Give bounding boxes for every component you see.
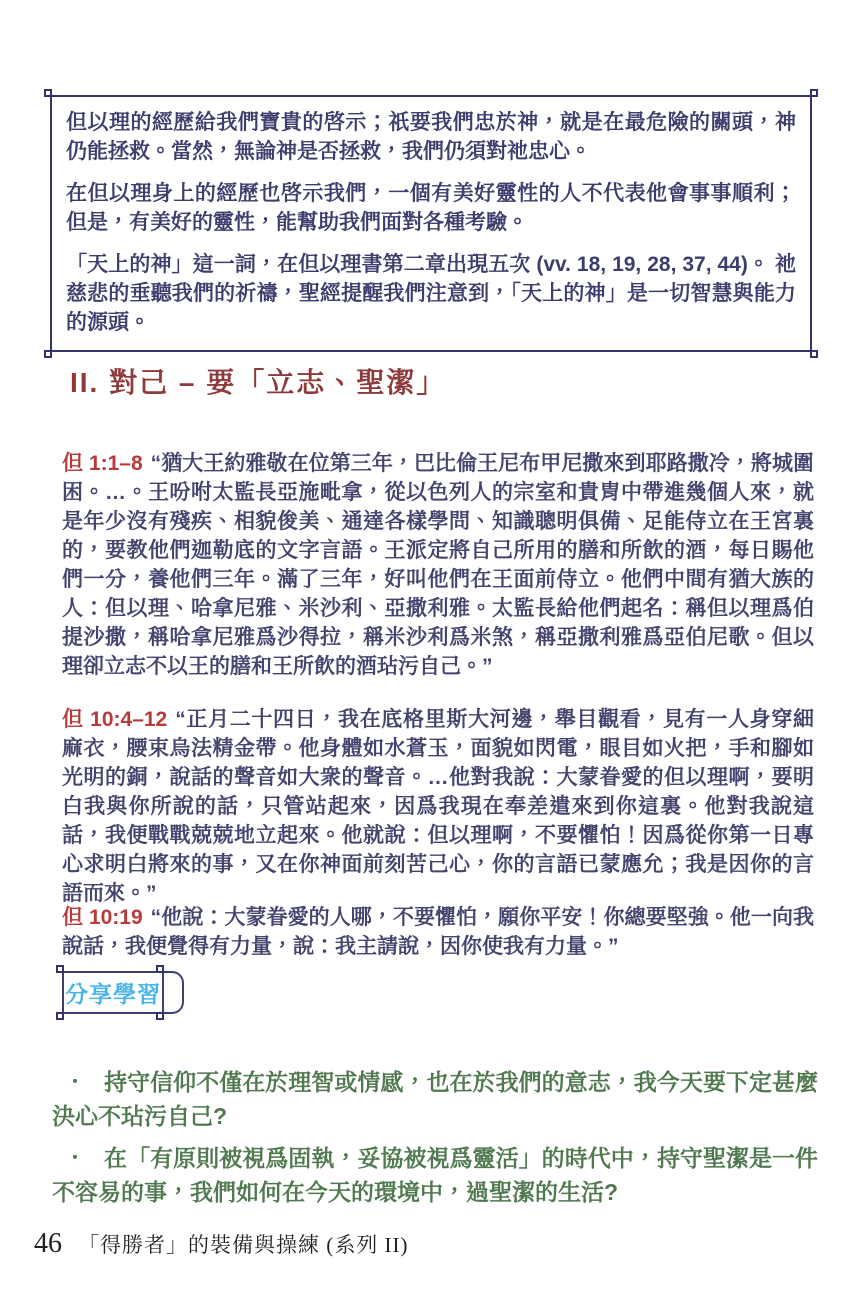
intro-paragraph: 「天上的神」這一詞，在但以理書第二章出現五次 (vv. 18, 19, 28, … bbox=[66, 250, 796, 337]
corner-ornament-icon bbox=[44, 89, 52, 97]
corner-ornament-icon bbox=[810, 350, 818, 358]
scripture-passage: 但 10:19“他說：大蒙眷愛的人哪，不要懼怕，願你平安！你總要堅強。他一向我說… bbox=[62, 903, 814, 961]
booklet-title: 「得勝者」的裝備與操練 (系列 II) bbox=[78, 1233, 408, 1257]
share-learning-tag-body: 分享學習 bbox=[62, 971, 164, 1014]
corner-ornament-icon bbox=[810, 89, 818, 97]
question-text: 持守信仰不僅在於理智或情感，也在於我們的意志，我今天要下定甚麼決心不玷污自己? bbox=[52, 1069, 818, 1129]
bullet-icon: ・ bbox=[66, 1148, 84, 1168]
scripture-reference: 但 1:1–8 bbox=[62, 452, 143, 475]
corner-ornament-icon bbox=[156, 965, 164, 973]
page-number: 46 bbox=[34, 1228, 62, 1259]
scripture-passage: 但 1:1–8“猶大王約雅敬在位第三年，巴比倫王尼布甲尼撒來到耶路撒冷，將城圍困… bbox=[62, 449, 814, 681]
share-learning-label: 分享學習 bbox=[65, 976, 161, 1009]
scripture-reference: 但 10:19 bbox=[62, 906, 143, 929]
section-heading: II. 對己 – 要「立志、聖潔」 bbox=[70, 361, 810, 401]
question-text: 在「有原則被視爲固執，妥協被視爲靈活」的時代中，持守聖潔是一件不容易的事，我們如… bbox=[52, 1145, 818, 1205]
scripture-text: “猶大王約雅敬在位第三年，巴比倫王尼布甲尼撒來到耶路撒冷，將城圍困。…。王吩咐太… bbox=[62, 452, 814, 678]
corner-ornament-icon bbox=[156, 1012, 164, 1020]
corner-ornament-icon bbox=[56, 1012, 64, 1020]
share-learning-tag: 分享學習 bbox=[62, 971, 182, 1014]
scripture-passage: 但 10:4–12“正月二十四日，我在底格里斯大河邊，舉目觀看，見有一人身穿細麻… bbox=[62, 705, 814, 908]
question-item: ・持守信仰不僅在於理智或情感，也在於我們的意志，我今天要下定甚麼決心不玷污自己? bbox=[52, 1065, 818, 1133]
corner-ornament-icon bbox=[44, 350, 52, 358]
scripture-text: “正月二十四日，我在底格里斯大河邊，舉目觀看，見有一人身穿細麻衣，腰束烏法精金帶… bbox=[62, 708, 814, 905]
corner-ornament-icon bbox=[56, 965, 64, 973]
page-footer: 46「得勝者」的裝備與操練 (系列 II) bbox=[34, 1228, 734, 1260]
intro-paragraph: 在但以理身上的經歷也啓示我們，一個有美好靈性的人不代表他會事事順利；但是，有美好… bbox=[66, 179, 796, 237]
bullet-icon: ・ bbox=[66, 1072, 84, 1092]
scripture-text: “他說：大蒙眷愛的人哪，不要懼怕，願你平安！你總要堅強。他一向我說話，我便覺得有… bbox=[62, 906, 814, 958]
tag-cap-decoration bbox=[162, 971, 184, 1014]
page-container: 但以理的經歷給我們寶貴的啓示；祇要我們忠於神，就是在最危險的關頭，神仍能拯救。當… bbox=[0, 0, 864, 1296]
question-item: ・在「有原則被視爲固執，妥協被視爲靈活」的時代中，持守聖潔是一件不容易的事，我們… bbox=[52, 1141, 818, 1209]
scripture-reference: 但 10:4–12 bbox=[62, 708, 167, 731]
intro-box: 但以理的經歷給我們寶貴的啓示；祇要我們忠於神，就是在最危險的關頭，神仍能拯救。當… bbox=[50, 95, 812, 352]
intro-paragraph: 但以理的經歷給我們寶貴的啓示；祇要我們忠於神，就是在最危險的關頭，神仍能拯救。當… bbox=[66, 108, 796, 166]
